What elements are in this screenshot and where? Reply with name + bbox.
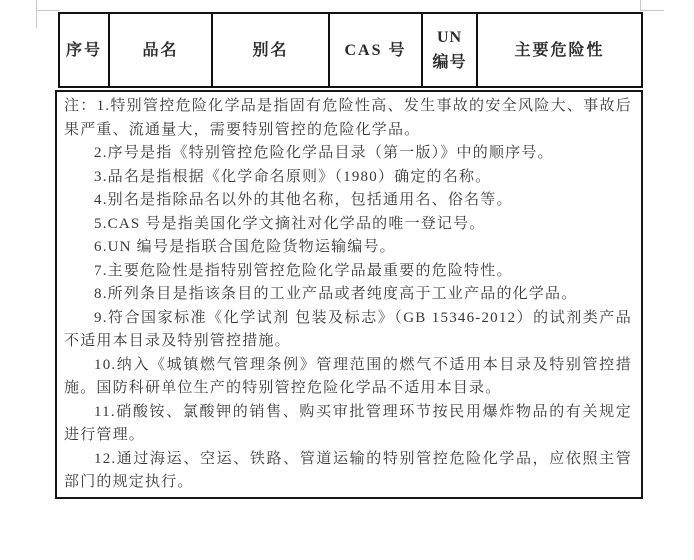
column-header-product-name: 品名 xyxy=(110,14,213,86)
column-header-label: 主要危险性 xyxy=(514,38,604,63)
note-paragraph-5: 5.CAS 号是指美国化学文摘社对化学品的唯一登记号。 xyxy=(64,213,632,237)
note-paragraph-2: 2.序号是指《特别管控危险化学品目录（第一版）》中的顺序号。 xyxy=(64,142,632,166)
note-paragraph-3: 3.品名是指根据《化学命名原则》（1980）确定的名称。 xyxy=(64,166,632,190)
note-paragraph-4: 4.别名是指除品名以外的其他名称，包括通用名、俗名等。 xyxy=(64,189,632,213)
column-header-label-line1: UN xyxy=(437,25,462,50)
column-header-serial-number: 序号 xyxy=(60,14,110,86)
column-header-label: 别名 xyxy=(252,38,288,63)
column-header-cas-number: CAS 号 xyxy=(330,14,423,86)
note-paragraph-10: 10.纳入《城镇燃气管理条例》管理范围的燃气不适用本目录及特别管控措施。国防科研… xyxy=(64,354,632,401)
scan-artifact-line xyxy=(36,0,37,28)
scan-artifact-line xyxy=(640,10,664,11)
column-header-alias: 别名 xyxy=(213,14,330,86)
column-header-un-number: UN 编号 xyxy=(423,14,478,86)
note-paragraph-9: 9.符合国家标准《化学试剂 包装及标志》（GB 15346-2012）的试剂类产… xyxy=(64,307,632,354)
note-paragraph-12: 12.通过海运、空运、铁路、管道运输的特别管控危险化学品，应依照主管部门的规定执… xyxy=(64,448,632,495)
notes-label: 注： xyxy=(64,98,97,114)
column-header-label: CAS 号 xyxy=(344,38,406,63)
note-paragraph-7: 7.主要危险性是指特别管控危险化学品最重要的危险特性。 xyxy=(64,260,632,284)
column-header-label: 品名 xyxy=(142,38,178,63)
note-paragraph-1: 注：1.特别管控危险化学品是指固有危险性高、发生事故的安全风险大、事故后果严重、… xyxy=(64,95,632,142)
table-header-row: 序号 品名 别名 CAS 号 UN 编号 主要危险性 xyxy=(58,12,643,88)
note-paragraph-11: 11.硝酸铵、氯酸钾的销售、购买审批管理环节按民用爆炸物品的有关规定进行管理。 xyxy=(64,401,632,448)
note-text: 1.特别管控危险化学品是指固有危险性高、发生事故的安全风险大、事故后果严重、流通… xyxy=(64,98,632,138)
scan-artifact-line xyxy=(36,10,59,11)
column-header-main-hazard: 主要危险性 xyxy=(478,14,641,86)
note-paragraph-8: 8.所列条目是指该条目的工业产品或者纯度高于工业产品的化学品。 xyxy=(64,283,632,307)
column-header-label: 序号 xyxy=(66,38,102,63)
document-page: 序号 品名 别名 CAS 号 UN 编号 主要危险性 注：1.特别管控危险化学品… xyxy=(0,0,694,560)
column-header-label-line2: 编号 xyxy=(432,50,466,75)
note-paragraph-6: 6.UN 编号是指联合国危险货物运输编号。 xyxy=(64,236,632,260)
notes-box: 注：1.特别管控危险化学品是指固有危险性高、发生事故的安全风险大、事故后果严重、… xyxy=(55,90,643,499)
